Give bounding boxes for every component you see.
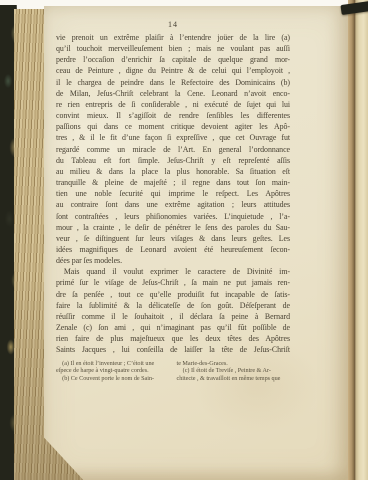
page-text-block: 14 vie prenoit un extrême plaiſir à l’en… — [56, 20, 290, 383]
body-text-line: mour , la crainte , le deſir de pénétrer… — [56, 222, 290, 233]
footnote-line: chitecte , & travailloit en même temps q… — [177, 375, 291, 383]
footnotes: (a) Il en étoit l’inventeur ; C’étoit un… — [56, 360, 290, 384]
body-text-line: regardé comme un miracle de l’Art. En ge… — [56, 144, 290, 155]
body-text-line: vie prenoit un extrême plaiſir à l’enten… — [56, 32, 290, 43]
body-text-line: veur , ſe diſtinguent ſur leurs viſages … — [56, 233, 290, 244]
body-text-line: ceau de Peinture , digne du Peintre & de… — [56, 65, 290, 76]
body-text-line: Saints Jacques , lui conſeilla de laiſſe… — [56, 344, 290, 355]
body-text-line: ſont contraſtées , leurs phiſionomies va… — [56, 211, 290, 222]
body-text-line: Mais quand il voulut exprimer le caracte… — [56, 266, 290, 277]
body-text-line: tres , & il le fit d’une façon ſi expreſ… — [56, 132, 290, 143]
page-number: 14 — [56, 20, 290, 29]
footnote-line: (b) Ce Couvent porte le nom de Sain- — [56, 375, 170, 383]
body-text-line: il le chargea de peindre dans le Refecto… — [56, 77, 290, 88]
footnote-column-left: (a) Il en étoit l’inventeur ; C’étoit un… — [56, 360, 170, 384]
body-text-line: au contraire ſont dans une extrême agita… — [56, 199, 290, 210]
footnote-line: te Marie-des-Graces. — [177, 360, 291, 368]
body-text-line: tien une noble ſecurité qui imprime le r… — [56, 188, 290, 199]
body-text-line: paſſions qui dans ce moment critique dev… — [56, 121, 290, 132]
body-text-line: convint mieux. Il s’agiſſoit de rendre ſ… — [56, 110, 290, 121]
body-text-line: de Milan, Jeſus-Chriſt celebrant la Cene… — [56, 88, 290, 99]
body-text-line: du Tableau eſt fort ſimple. Jeſus-Chriſt… — [56, 155, 290, 166]
body-text-line: dées par ſes modeles. — [56, 255, 290, 266]
body-text-line: qu’il touchoit merveilleuſement bien ; m… — [56, 43, 290, 54]
body-text-line: Zenale (c) ſon ami , qui n’imaginant pas… — [56, 322, 290, 333]
footnote-line: (c) Il étoit de Treviſe , Peintre & Ar- — [177, 367, 291, 375]
body-text-line: réuſſir comme il le ſouhaitoit , il décl… — [56, 311, 290, 322]
footnote-line: eſpece de harpe à vingt-quatre cordes. — [56, 367, 170, 375]
body-text-line: perdre l’occaſion d’enrichir ſa capitale… — [56, 54, 290, 65]
body-text-line: idées magnifiques de Leonard avoient été… — [56, 244, 290, 255]
body-text-line: tranquille & pleine de majeſté ; il regn… — [56, 177, 290, 188]
body-text: vie prenoit un extrême plaiſir à l’enten… — [56, 32, 290, 356]
footnote-line: (a) Il en étoit l’inventeur ; C’étoit un… — [56, 360, 170, 368]
body-text-line: re rien entrepris de ſi conſiderable , n… — [56, 99, 290, 110]
body-text-line: dre ſa penſée , tout ce qu’elle produiſi… — [56, 289, 290, 300]
body-text-line: faire la ſublimité & la délicateſſe de ſ… — [56, 300, 290, 311]
body-text-line: rien faire de plus majeſtueux que les de… — [56, 333, 290, 344]
fore-edge-pages — [348, 0, 368, 480]
body-text-line: primé ſur le viſage de Jeſus-Chriſt , ſa… — [56, 277, 290, 288]
body-text-line: au milieu & dans la place la plus honora… — [56, 166, 290, 177]
footnote-column-right: te Marie-des-Graces. (c) Il étoit de Tre… — [177, 360, 291, 384]
book-scan-photo: 14 vie prenoit un extrême plaiſir à l’en… — [0, 0, 368, 480]
